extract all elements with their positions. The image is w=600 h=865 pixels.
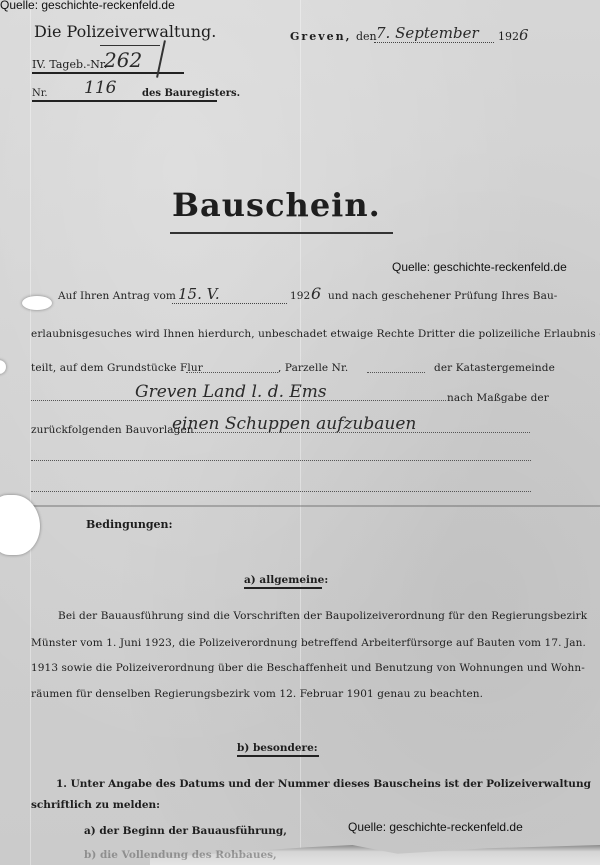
issue-date-field: 7. September — [374, 28, 494, 43]
permit-text-line: und nach geschehener Prüfung Ihres Bau- — [328, 290, 557, 302]
flur-field — [186, 372, 278, 373]
general-condition-line: Münster vom 1. Juni 1923, die Polizeiver… — [31, 637, 586, 649]
paper-hole — [22, 296, 52, 310]
authority-title: Die Polizeiverwaltung. — [34, 22, 216, 41]
document-title: Bauschein. — [172, 186, 381, 224]
permit-text-line: der Katastergemeinde — [434, 362, 555, 374]
divider — [100, 45, 160, 46]
special-condition-line: schriftlich zu melden: — [31, 799, 160, 811]
permit-text-line: Auf Ihren Antrag vom — [58, 290, 176, 302]
permit-text-line: erlaubnisgesuches wird Ihnen hierdurch, … — [31, 328, 531, 340]
permit-text-line: zurückfolgenden Bauvorlagen — [31, 424, 194, 436]
general-condition-line: Bei der Bauausführung sind die Vorschrif… — [58, 610, 587, 622]
paper-hole — [0, 360, 6, 374]
issue-year-handwritten: 6 — [519, 26, 529, 44]
application-year-handwritten: 6 — [311, 284, 321, 303]
source-watermark: Quelle: geschichte-reckenfeld.de — [392, 260, 567, 274]
journal-label: IV. Tageb.-Nr. — [32, 58, 107, 71]
permit-text-line: nach Maßgabe der — [447, 392, 549, 404]
parcel-field — [367, 372, 425, 373]
general-conditions-heading: a) allgemeine: — [244, 574, 322, 589]
source-watermark: Quelle: geschichte-reckenfeld.de — [348, 820, 523, 834]
application-date-field: 15. V. — [172, 291, 287, 304]
paper-tear — [0, 495, 40, 555]
application-date: 15. V. — [178, 285, 220, 303]
title-underline — [170, 232, 393, 234]
register-label: Nr. — [32, 88, 48, 99]
purpose-handwritten: einen Schuppen aufzubauen — [172, 414, 416, 434]
fold-line — [0, 505, 600, 507]
blank-line — [31, 460, 531, 461]
document-paper: Quelle: geschichte-reckenfeld.de Quelle:… — [0, 0, 600, 865]
register-number-field: Nr. 116 des Bauregisters. — [32, 80, 217, 102]
issue-date: 7. September — [376, 24, 479, 42]
permit-text-line: teilt, auf dem Grundstücke Flur — [31, 362, 203, 374]
register-number: 116 — [84, 78, 116, 98]
register-suffix: des Bauregisters. — [142, 88, 240, 99]
issue-year-printed: 192 — [498, 30, 519, 43]
special-condition-line: 1. Unter Angabe des Datums und der Numme… — [56, 778, 591, 790]
general-condition-line: räumen für denselben Regierungsbezirk vo… — [31, 688, 483, 700]
application-year-printed: 192 — [290, 290, 310, 302]
cadastral-handwritten: Greven Land l. d. Ems — [135, 382, 327, 402]
general-condition-line: 1913 sowie die Polizeiverordnung über di… — [31, 662, 585, 674]
special-conditions-heading: b) besondere: — [237, 742, 319, 757]
conditions-heading: Bedingungen: — [86, 518, 173, 531]
blank-line — [31, 491, 531, 492]
permit-text-line: , Parzelle Nr. — [278, 362, 348, 374]
journal-number: 262 — [104, 48, 142, 72]
place-label: Greven, — [290, 30, 351, 43]
special-condition-subitem: b) die Vollendung des Rohbaues, — [84, 849, 277, 861]
source-watermark: Quelle: geschichte-reckenfeld.de — [0, 0, 175, 12]
special-condition-subitem: a) der Beginn der Bauausführung, — [84, 825, 287, 837]
